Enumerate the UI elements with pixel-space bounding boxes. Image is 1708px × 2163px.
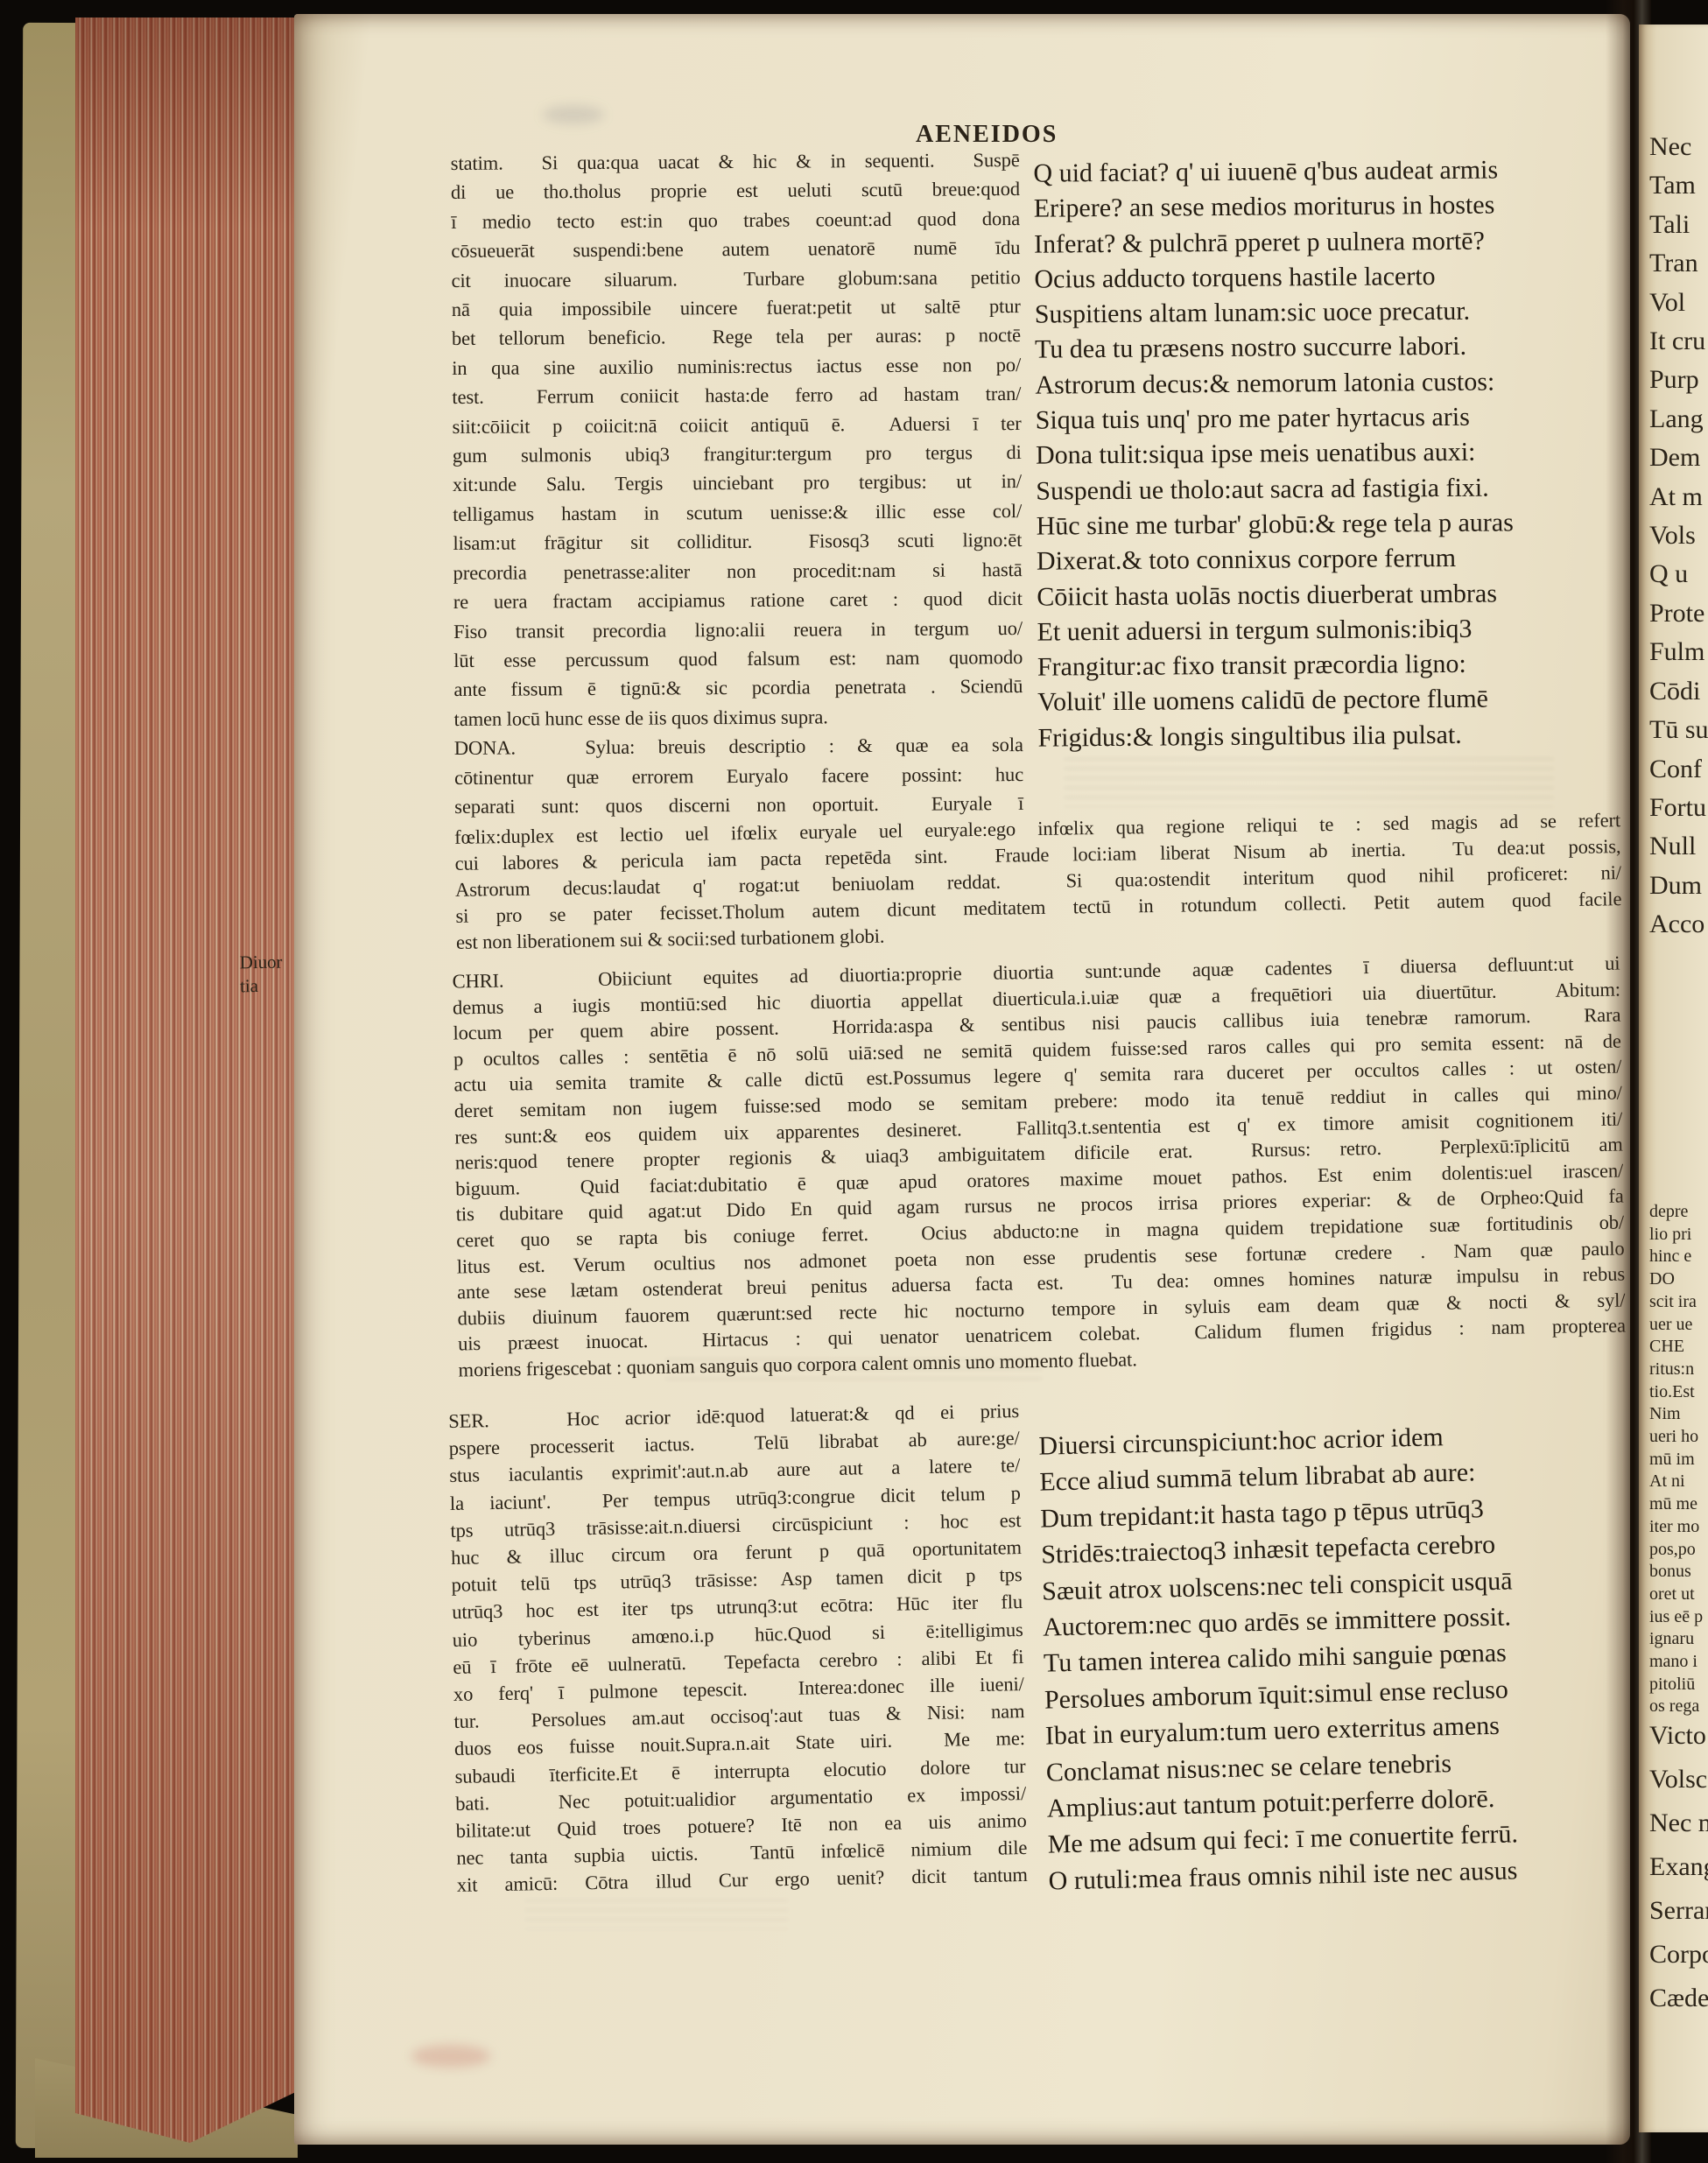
text-line: ueri ho	[1649, 1426, 1708, 1449]
text-line: Fiso transit precordia ligno:alii reuera…	[453, 614, 1023, 646]
text-line: tio.Est	[1649, 1381, 1708, 1404]
text-line: scit ira	[1649, 1291, 1708, 1314]
bottom-left-commentary-column: SER. Hoc acrior idē:quod latuerat:& qd e…	[448, 1397, 1028, 1900]
text-line: Null	[1649, 827, 1708, 866]
text-line: telligamus hastam in scutum uenisse:& il…	[453, 496, 1022, 529]
text-line: Cæde	[1649, 1977, 1708, 2020]
running-title: AENEIDOS	[916, 121, 1058, 149]
text-line: Astrorum decus:& nemorum latonia custos:	[1035, 363, 1627, 404]
text-line: Dem	[1649, 439, 1708, 477]
text-line: Tū su	[1649, 711, 1708, 749]
text-line: statim. Si qua:qua uacat & hic & in sequ…	[451, 145, 1020, 178]
text-line: pos,po	[1649, 1539, 1708, 1562]
chri-commentary-paragraph: CHRI. Obiiciunt equites ad diuortia:prop…	[452, 951, 1626, 1383]
facing-page-commentary-fragments: deprelio prihinc eDOscit irauer ueCHErit…	[1649, 1201, 1708, 1718]
text-line: Eripere? an sese medios moriturus in hos…	[1034, 187, 1626, 228]
text-line: Dona tulit:siqua ipse meis uenatibus aux…	[1036, 434, 1627, 474]
red-stained-fore-edge	[75, 18, 296, 2143]
text-line: Tali	[1649, 206, 1708, 244]
ink-smudge	[543, 105, 604, 124]
text-line: Diuor	[240, 951, 283, 975]
text-line: Nim	[1649, 1403, 1708, 1426]
bottom-right-poem-column: Diuersi circunspiciunt:hoc acrior idemEc…	[1038, 1415, 1637, 1899]
text-line: bet tellorum beneficio. Rege tela per au…	[452, 320, 1021, 353]
text-line: depre	[1649, 1201, 1708, 1224]
text-line: iter mo	[1649, 1516, 1708, 1539]
text-line: bonus	[1649, 1561, 1708, 1584]
text-line: ignaru	[1649, 1628, 1708, 1651]
text-line: Fulm	[1649, 633, 1708, 671]
text-line: cōtinentur quæ errorem Euryalo facere po…	[454, 760, 1023, 792]
text-line: test. Ferrum coniicit hasta:de ferro ad …	[452, 379, 1021, 411]
text-line: Suspitiens altam lunam:sic uoce precatur…	[1035, 293, 1627, 334]
text-line: Cōdi	[1649, 672, 1708, 711]
pink-stain	[411, 2045, 490, 2068]
text-line: ante fissum ē tignū:& sic pcordia penetr…	[453, 671, 1023, 704]
text-line: Frangitur:ac fixo transit præcordia lign…	[1037, 645, 1629, 685]
text-line: Vol	[1649, 284, 1708, 322]
text-line: Dum	[1649, 867, 1708, 905]
text-line: ī medio tecto est:in quo trabes coeunt:a…	[451, 204, 1020, 236]
text-line: ritus:n	[1649, 1359, 1708, 1381]
text-line: Q uid faciat? q' ui iuuenē q'bus audeat …	[1033, 151, 1625, 192]
text-line: Purp	[1649, 361, 1708, 399]
text-line: mano i	[1649, 1651, 1708, 1674]
text-line: At m	[1649, 478, 1708, 516]
text-line: xit:unde Salu. Tergis uinciebant pro ter…	[453, 467, 1022, 499]
text-line: di ue tho.tholus proprie est ueluti scut…	[451, 174, 1020, 207]
text-line: in qua sine auxilio numinis:rectus iactu…	[452, 350, 1021, 383]
book-photo: AENEIDOS Diuortia statim. Si qua:qua uac…	[0, 0, 1708, 2163]
text-line: Frigidus:& longis singultibus ilia pulsa…	[1037, 716, 1629, 756]
text-line: Nec m	[1649, 1801, 1708, 1845]
text-line: cit inuocare siluarum. Turbare globum:sa…	[451, 263, 1020, 295]
text-line: cōsueuerāt suspendi:bene autem uenatorē …	[451, 233, 1020, 265]
text-line: siit:cōiicit p coiicit:nā coiicit antiqu…	[452, 409, 1021, 441]
text-line: mū im	[1649, 1449, 1708, 1471]
margin-note-diuortia: Diuortia	[240, 951, 283, 999]
text-line: DO	[1649, 1268, 1708, 1291]
text-line: Lang	[1649, 400, 1708, 439]
text-line: Cōiicit hasta uolās noctis diuerberat um…	[1037, 575, 1628, 615]
text-line: Exang	[1649, 1845, 1708, 1889]
text-line: Et uenit aduersi in tergum sulmonis:ibiq…	[1037, 610, 1628, 650]
text-line: gum sulmonis ubiq3 frangitur:tergum pro …	[453, 438, 1022, 470]
facing-page-poem-fragments: NecTamTaliTranVolIt cruPurpLangDemAt mVo…	[1649, 128, 1708, 945]
text-line: uer ue	[1649, 1314, 1708, 1337]
text-line: hinc e	[1649, 1246, 1708, 1268]
text-line: Fortu	[1649, 789, 1708, 827]
text-line: At ni	[1649, 1471, 1708, 1493]
text-line: re uera fractam accipiamus ratione caret…	[453, 584, 1023, 616]
text-line: Corpo	[1649, 1933, 1708, 1977]
full-width-commentary: fœlix:duplex est lectio uel ifœlix eurya…	[454, 807, 1622, 956]
text-line: Tu dea tu præsens nostro succurre labori…	[1035, 328, 1627, 369]
facing-page-bottom-fragments: VictoVolscNec mExangSerranCorpoCæde	[1649, 1714, 1708, 2020]
show-through-smudge	[525, 1900, 788, 1929]
text-line: lūt esse percussum quod falsum est: nam …	[453, 643, 1023, 675]
text-line: Nec	[1649, 128, 1708, 166]
text-line: pitoliū	[1649, 1674, 1708, 1696]
text-line: Q u	[1649, 555, 1708, 593]
text-line: nā quia impossibile uincere fuerat:petit…	[452, 291, 1021, 324]
text-line: Hūc sine me turbar' globū:& rege tela p …	[1036, 504, 1627, 544]
text-line: lio pri	[1649, 1224, 1708, 1247]
text-line: oret ut	[1649, 1584, 1708, 1606]
text-line: Vols	[1649, 516, 1708, 555]
text-line: lisam:ut frāgitur sit colliditur. Fisosq…	[453, 525, 1022, 558]
text-line: mū me	[1649, 1493, 1708, 1516]
text-line: Acco	[1649, 905, 1708, 944]
text-line: Dixerat.& toto connixus corpore ferrum	[1037, 540, 1628, 580]
text-line: Voluit' ille uomens calidū de pectore fl…	[1037, 681, 1629, 721]
show-through-smudge	[1064, 758, 1554, 807]
text-line: Suspendi ue tholo:aut sacra ad fastigia …	[1036, 469, 1627, 509]
text-line: tia	[240, 974, 283, 999]
text-line: ius eē p	[1649, 1606, 1708, 1629]
text-line: Conf	[1649, 750, 1708, 789]
text-line: CHE	[1649, 1336, 1708, 1359]
text-line: Tam	[1649, 166, 1708, 205]
text-line: Volsc	[1649, 1758, 1708, 1801]
text-line: precordia penetrasse:aliter non procedit…	[453, 555, 1023, 587]
text-line: Ocius adducto torquens hastile lacerto	[1034, 257, 1626, 298]
text-line: tamen locū hunc esse de iis quos diximus…	[454, 701, 1023, 734]
text-line: DONA. Sylua: breuis descriptio : & quæ e…	[454, 730, 1023, 762]
top-left-commentary-column: statim. Si qua:qua uacat & hic & in sequ…	[451, 145, 1024, 821]
top-right-poem-column: Q uid faciat? q' ui iuuenē q'bus audeat …	[1033, 151, 1629, 755]
text-line: Victo	[1649, 1714, 1708, 1758]
text-line: It cru	[1649, 322, 1708, 361]
text-line: Prote	[1649, 594, 1708, 633]
text-line: Inferat? & pulchrā pperet p uulnera mort…	[1034, 222, 1626, 263]
text-line: Tran	[1649, 244, 1708, 283]
text-line: Siqua tuis unq' pro me pater hyrtacus ar…	[1036, 398, 1627, 439]
text-line: Serran	[1649, 1889, 1708, 1933]
